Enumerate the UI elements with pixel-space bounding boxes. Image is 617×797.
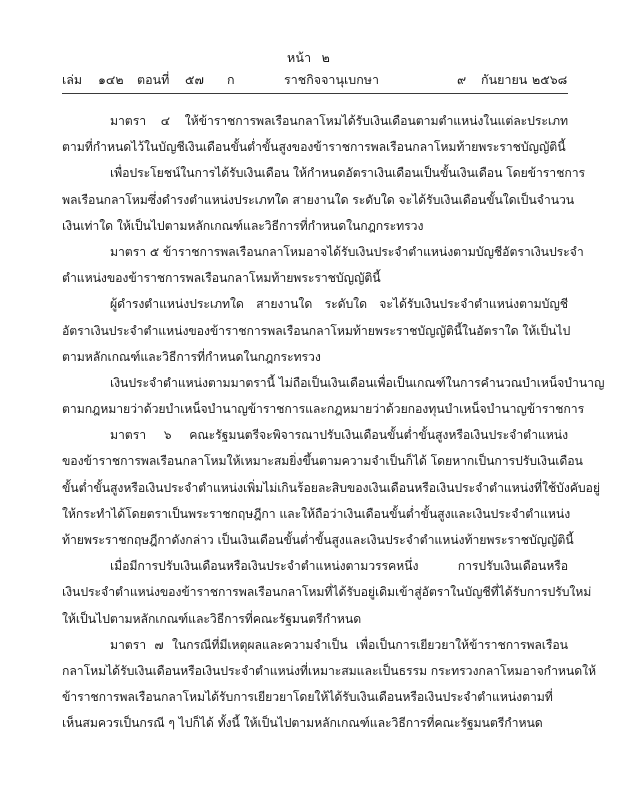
date-day: ๙ xyxy=(457,71,466,89)
page-label: หน้า xyxy=(287,50,311,65)
issue-number: ๕๗ xyxy=(185,71,204,89)
body-line: ผู้ดำรงตำแหน่งประเภทใด สายงานใด ระดับใด … xyxy=(62,291,568,317)
gazette-header: เล่ม ๑๔๒ ตอนที่ ๕๗ ก ราชกิจจานุเบกษา ๙ ก… xyxy=(62,71,568,89)
date-month: กันยายน xyxy=(481,71,527,89)
body-line: เงินประจำตำแหน่งตามมาตรานี้ ไม่ถือเป็นเง… xyxy=(62,370,568,396)
body-line: ตามหลักเกณฑ์และวิธีการที่กำหนดในกฎกระทรว… xyxy=(62,344,568,370)
volume-label: เล่ม xyxy=(62,71,82,89)
body-line: ขั้นต่ำขั้นสูงหรือเงินประจำตำแหน่งเพิ่มไ… xyxy=(62,475,568,501)
body-line: ของข้าราชการพลเรือนกลาโหมให้เหมาะสมยิ่งข… xyxy=(62,448,568,474)
document-body: มาตรา ๔ ให้ข้าราชการพลเรือนกลาโหมได้รับเ… xyxy=(62,108,568,737)
body-line: ท้ายพระราชกฤษฎีกาดังกล่าว เป็นเงินเดือนข… xyxy=(62,527,568,553)
body-line: เห็นสมควรเป็นกรณี ๆ ไปก็ได้ ทั้งนี้ ให้เ… xyxy=(62,710,568,736)
issue-letter: ก xyxy=(227,71,235,89)
body-line: พลเรือนกลาโหมซึ่งดำรงตำแหน่งประเภทใด สาย… xyxy=(62,187,568,213)
date-year: ๒๕๖๘ xyxy=(532,71,567,89)
publication-name: ราชกิจจานุเบกษา xyxy=(284,71,379,89)
body-line: มาตรา ๖ คณะรัฐมนตรีจะพิจารณาปรับเงินเดือ… xyxy=(62,422,568,448)
issue-label: ตอนที่ xyxy=(137,71,169,89)
body-line: ให้เป็นไปตามหลักเกณฑ์และวิธีการที่คณะรัฐ… xyxy=(62,606,568,632)
header-divider xyxy=(62,93,568,94)
body-line: ตำแหน่งของข้าราชการพลเรือนกลาโหมท้ายพระร… xyxy=(62,265,568,291)
body-line: อัตราเงินประจำตำแหน่งของข้าราชการพลเรือน… xyxy=(62,318,568,344)
volume-number: ๑๔๒ xyxy=(98,71,124,89)
body-line: ตามที่กำหนดไว้ในบัญชีเงินเดือนขั้นต่ำขั้… xyxy=(62,134,568,160)
body-line: ข้าราชการพลเรือนกลาโหมได้รับการเยียวยาโด… xyxy=(62,684,568,710)
body-line: ให้กระทำได้โดยตราเป็นพระราชกฤษฎีกา และให… xyxy=(62,501,568,527)
body-line: มาตรา ๗ ในกรณีที่มีเหตุผลและความจำเป็น เ… xyxy=(62,632,568,658)
page-number: ๒ xyxy=(322,50,330,65)
body-line: เมื่อมีการปรับเงินเดือนหรือเงินประจำตำแห… xyxy=(62,553,568,579)
body-line: เงินเท่าใด ให้เป็นไปตามหลักเกณฑ์และวิธีก… xyxy=(62,213,568,239)
body-line: ตามกฎหมายว่าด้วยบำเหน็จบำนาญข้าราชการและ… xyxy=(62,396,568,422)
body-line: เพื่อประโยชน์ในการได้รับเงินเดือน ให้กำห… xyxy=(62,160,568,186)
body-line: มาตรา ๔ ให้ข้าราชการพลเรือนกลาโหมได้รับเ… xyxy=(62,108,568,134)
page-number-header: หน้า ๒ xyxy=(0,49,617,67)
body-line: มาตรา ๕ ข้าราชการพลเรือนกลาโหมอาจได้รับเ… xyxy=(62,239,568,265)
body-line: เงินประจำตำแหน่งของข้าราชการพลเรือนกลาโห… xyxy=(62,579,568,605)
body-line: กลาโหมได้รับเงินเดือนหรือเงินประจำตำแหน่… xyxy=(62,658,568,684)
